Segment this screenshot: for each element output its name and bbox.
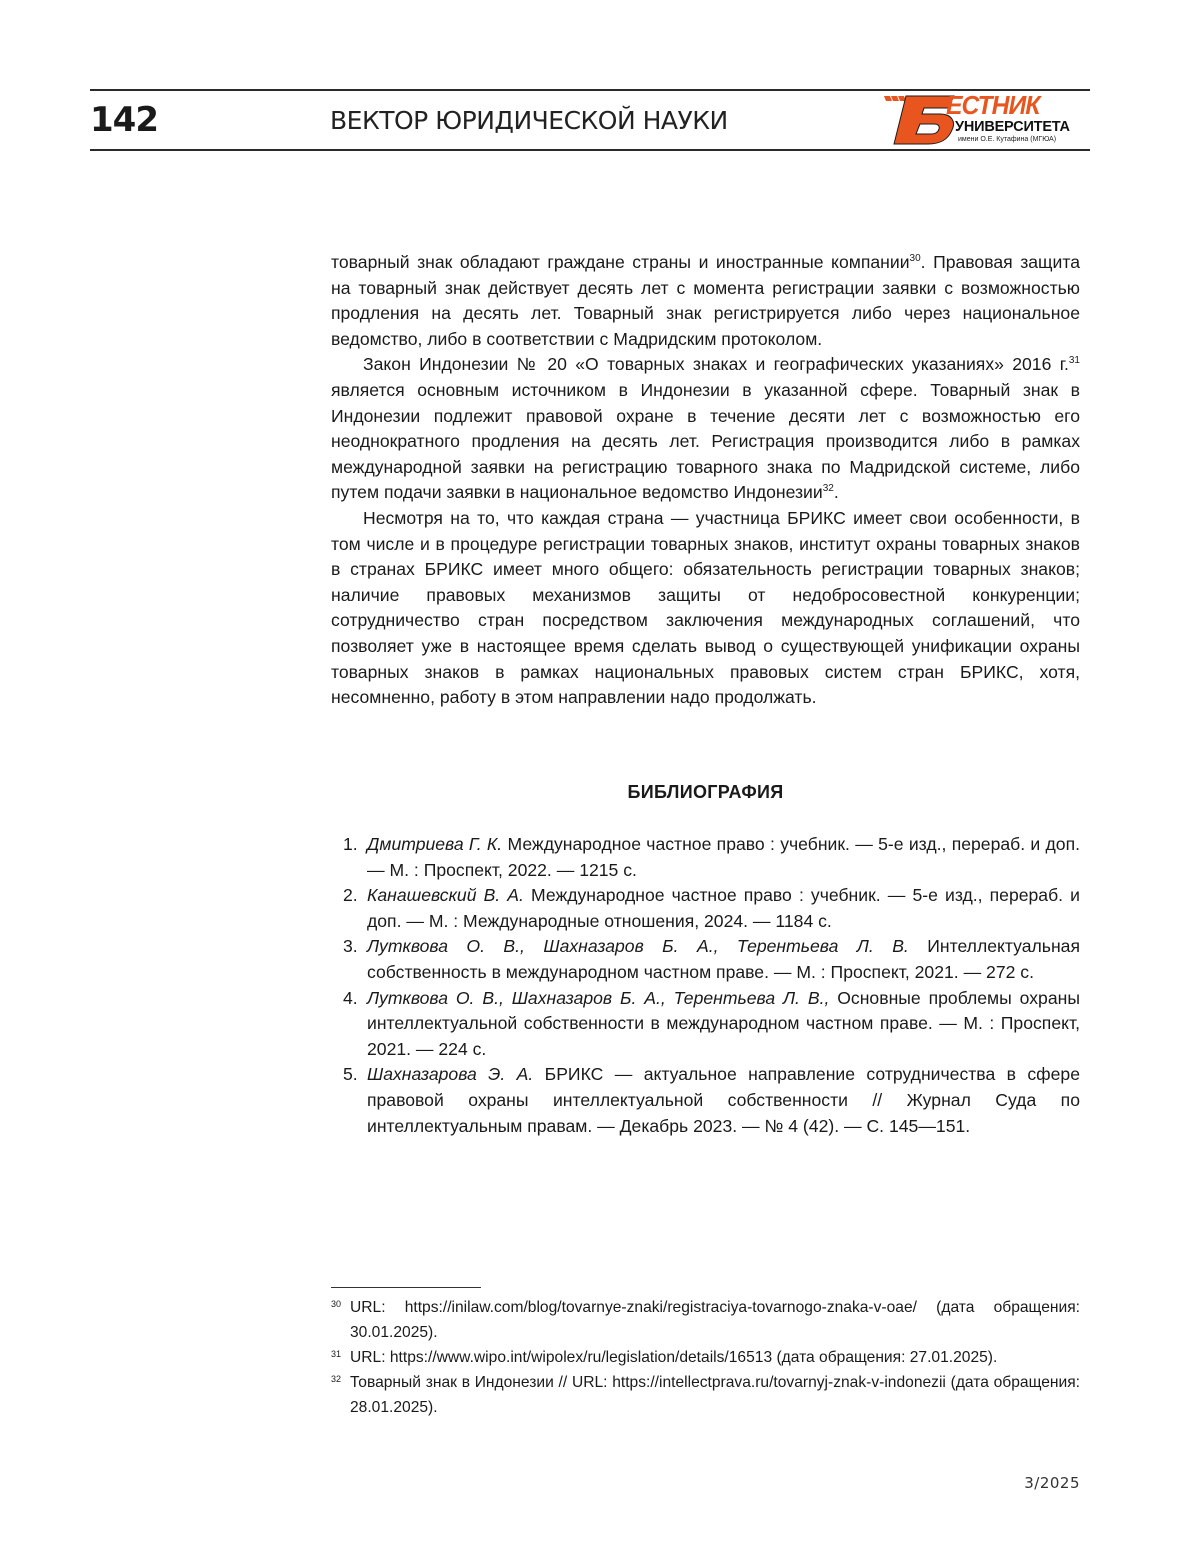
footnote: 31URL: https://www.wipo.int/wipolex/ru/l… [331,1345,1080,1370]
bibliography-number: 2. [343,883,358,909]
bibliography-number: 5. [343,1062,358,1088]
footnote-separator [331,1287,481,1288]
footnote-number: 31 [331,1342,341,1367]
bibliography-authors: Канашевский В. А. [367,885,524,905]
bibliography-list: 1.Дмитриева Г. К. Международное частное … [331,832,1080,1139]
logo-title: ЕСТНИК [946,90,1040,121]
header-bottom-rule [90,149,1090,151]
bibliography-heading: БИБЛИОГРАФИЯ [331,782,1080,803]
body-paragraph: Закон Индонезии № 20 «О товарных знаках … [331,352,1080,506]
footnote-text: URL: https://inilaw.com/blog/tovarnye-zn… [350,1299,1080,1341]
footnote-number: 32 [331,1367,341,1392]
issue-number: 3/2025 [1010,1474,1080,1492]
footnote-ref[interactable]: 31 [1069,355,1080,366]
footnote-text: Товарный знак в Индонезии // URL: https:… [350,1374,1080,1416]
body-paragraph: товарный знак обладают граждане страны и… [331,250,1080,352]
footnote-ref[interactable]: 32 [823,483,834,494]
bibliography-number: 4. [343,986,358,1012]
logo-caption: имени О.Е. Кутафина (МГЮА) [958,136,1056,143]
bibliography-item: 2.Канашевский В. А. Международное частно… [331,883,1080,934]
footnotes: 30URL: https://inilaw.com/blog/tovarnye-… [331,1295,1080,1420]
bibliography-authors: Лутквова О. В., Шахназаров Б. А., Терент… [367,988,829,1008]
footnote-text: URL: https://www.wipo.int/wipolex/ru/leg… [350,1349,997,1366]
bibliography-item: 1.Дмитриева Г. К. Международное частное … [331,832,1080,883]
bibliography-item: 4.Лутквова О. В., Шахназаров Б. А., Тере… [331,986,1080,1063]
footnote-number: 30 [331,1292,341,1317]
bibliography-number: 3. [343,934,358,960]
footnote-ref[interactable]: 30 [910,253,921,264]
bibliography-authors: Шахназарова Э. А. [367,1064,533,1084]
bibliography-item: 5.Шахназарова Э. А. БРИКС — актуальное н… [331,1062,1080,1139]
footnote: 30URL: https://inilaw.com/blog/tovarnye-… [331,1295,1080,1345]
bibliography-item: 3.Лутквова О. В., Шахназаров Б. А., Тере… [331,934,1080,985]
paragraph-text: Закон Индонезии № 20 «О товарных знаках … [363,354,1069,374]
page-number: 142 [90,100,158,140]
bibliography-authors: Лутквова О. В., Шахназаров Б. А., Терент… [367,936,909,956]
journal-logo: ЕСТНИК УНИВЕРСИТЕТА имени О.Е. Кутафина … [880,92,1090,148]
header-top-rule [90,89,1090,91]
paragraph-text: Несмотря на то, что каждая страна — учас… [331,508,1080,707]
footnote: 32Товарный знак в Индонезии // URL: http… [331,1370,1080,1420]
paragraph-text: . [834,482,839,502]
logo-subtitle: УНИВЕРСИТЕТА [955,119,1070,135]
bibliography-authors: Дмитриева Г. К. [367,834,502,854]
article-body: товарный знак обладают граждане страны и… [331,250,1080,711]
bibliography-number: 1. [343,832,358,858]
body-paragraph: Несмотря на то, что каждая страна — учас… [331,506,1080,711]
paragraph-text: товарный знак обладают граждане страны и… [331,252,910,272]
paragraph-text: является основным источником в Индонезии… [331,380,1080,502]
journal-section-title: ВЕКТОР ЮРИДИЧЕСКОЙ НАУКИ [330,106,728,135]
